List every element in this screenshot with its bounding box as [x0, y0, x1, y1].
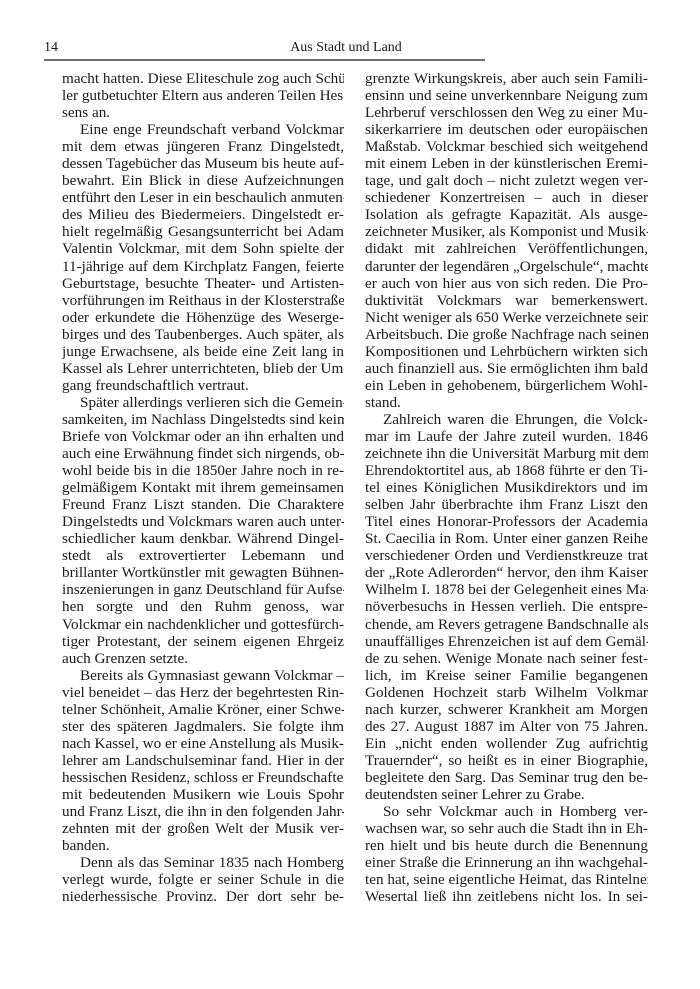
- text-line: grenzte Wirkungskreis, aber auch sein Fa…: [365, 70, 648, 87]
- text-line: deutendsten seiner Lehrer zu Grabe.: [365, 786, 648, 803]
- text-line: Maßstab. Volckmar beschied sich weitgehe…: [365, 138, 648, 155]
- text-line: Geburtstage, besuchte Theater- und Artis…: [62, 275, 344, 292]
- text-line: zeichneter Musiker, als Komponist und Mu…: [365, 223, 648, 240]
- text-line: Goldenen Hochzeit starb Wilhelm Volkmar: [365, 684, 648, 701]
- text-line: Titel eines Honorar-Professors der Acade…: [365, 513, 648, 530]
- text-line: Trauernder“, so heißt es in einer Biogra…: [365, 752, 648, 769]
- text-line: lich, im Kreise seiner Familie begangene…: [365, 667, 648, 684]
- text-line: schiedlicher kaum denkbar. Während Dinge…: [62, 530, 344, 547]
- text-line: inszenierungen in ganz Deutschland für A…: [62, 581, 344, 598]
- text-line: didakt mit zahlreichen Veröffentlichunge…: [365, 240, 648, 257]
- text-line: hessischen Residenz, schloss er Freundsc…: [62, 769, 344, 786]
- text-line: verlegt wurde, folgte er seiner Schule i…: [62, 871, 344, 888]
- text-line: tiger Protestant, der seinem eigenen Ehr…: [62, 633, 344, 650]
- text-line: macht hatten. Diese Eliteschule zog auch…: [62, 70, 344, 87]
- text-line: darunter der legendären „Orgelschule“, m…: [365, 258, 648, 275]
- text-line: wachsen war, so sehr auch die Stadt ihn …: [365, 820, 648, 837]
- text-line: dessen Tagebücher das Museum bis heute a…: [62, 155, 344, 172]
- text-line: Lehrberuf verschlossen den Weg zu einer …: [365, 104, 648, 121]
- text-line: sens an.: [62, 104, 344, 121]
- text-line: Wesertal ließ ihn zeitlebens nicht los. …: [365, 888, 648, 905]
- text-line: ler gutbetuchter Eltern aus anderen Teil…: [62, 87, 344, 104]
- text-line: und Franz Liszt, die ihn in den folgende…: [62, 803, 344, 820]
- text-line: duktivität Volckmars war bemerkenswert.: [365, 292, 648, 309]
- text-line: Nicht weniger als 650 Werke verzeichnete…: [365, 309, 648, 326]
- text-line: lehrer am Landschulseminar fand. Hier in…: [62, 752, 344, 769]
- text-line: viel beneidet – das Herz der begehrteste…: [62, 684, 344, 701]
- text-line: Dingelstedts und Volckmars waren auch un…: [62, 513, 344, 530]
- text-line: Freund Franz Liszt standen. Die Charakte…: [62, 496, 344, 513]
- text-line: niederhessische Provinz. Der dort sehr b…: [62, 888, 344, 905]
- left-column: macht hatten. Diese Eliteschule zog auch…: [62, 70, 344, 905]
- text-line: mar im Laufe der Jahre zuteil wurden. 18…: [365, 428, 648, 445]
- text-line: birges und des Taubenberges. Auch später…: [62, 326, 344, 343]
- text-line: er auch von hier aus von sich reden. Die…: [365, 275, 648, 292]
- text-line: ren hielt und bis heute durch die Benenn…: [365, 837, 648, 854]
- text-line: hen sorgte und den Ruhm genoss, war: [62, 598, 344, 615]
- text-line: begleitete den Sarg. Das Seminar trug de…: [365, 769, 648, 786]
- text-line: ein Leben in gehobenem, bürgerlichem Woh…: [365, 377, 648, 394]
- text-line: mit dem etwas jüngeren Franz Dingelstedt…: [62, 138, 344, 155]
- text-line: des 27. August 1887 im Alter von 75 Jahr…: [365, 718, 648, 735]
- text-line: brillanter Wortkünstler mit gewagten Büh…: [62, 564, 344, 581]
- text-line: telner Schönheit, Amalie Kröner, einer S…: [62, 701, 344, 718]
- text-line: nach kurzer, schwerer Krankheit am Morge…: [365, 701, 648, 718]
- text-line: auch Grenzen setzte.: [62, 650, 344, 667]
- text-line: nach Kassel, wo er eine Anstellung als M…: [62, 735, 344, 752]
- text-line: Denn als das Seminar 1835 nach Homberg: [62, 854, 344, 871]
- text-line: Eine enge Freundschaft verband Volckmar: [62, 121, 344, 138]
- text-line: stand.: [365, 394, 648, 411]
- text-line: Briefe von Volckmar oder an ihn erhalten…: [62, 428, 344, 445]
- text-line: einer Straße die Erinnerung an ihn wachg…: [365, 854, 648, 871]
- text-line: Kompositionen und Lehrbüchern wirkten si…: [365, 343, 648, 360]
- text-line: bewahrt. Ein Blick in diese Aufzeichnung…: [62, 172, 344, 189]
- text-line: verschiedener Orden und Verdienstkreuze …: [365, 547, 648, 564]
- text-line: ster des späteren Jagdmalers. Sie folgte…: [62, 718, 344, 735]
- text-line: növerbesuchs in Hessen verlieh. Die ents…: [365, 598, 648, 615]
- text-line: ensinn und seine unverkennbare Neigung z…: [365, 87, 648, 104]
- text-line: Später allerdings verlieren sich die Gem…: [62, 394, 344, 411]
- text-line: 11-jährige auf dem Kirchplatz Fangen, fe…: [62, 258, 344, 275]
- text-line: junge Erwachsene, als beide eine Zeit la…: [62, 343, 344, 360]
- text-line: Ein „nicht enden wollender Zug aufrichti…: [365, 735, 648, 752]
- text-line: zehnten mit der großen Welt der Musik ve…: [62, 820, 344, 837]
- header-rule: [44, 59, 485, 61]
- text-line: ten hat, seine eigentliche Heimat, das R…: [365, 871, 648, 888]
- text-line: auch finanziell aus. Sie ermöglichten ih…: [365, 360, 648, 377]
- text-line: hielt regelmäßig Gesangsunterricht bei A…: [62, 223, 344, 240]
- text-line: de zu sehen. Wenige Monate nach seiner f…: [365, 650, 648, 667]
- text-line: tel eines Königlichen Musikdirektors und…: [365, 479, 648, 496]
- text-line: schiedener Konzertreisen – auch in diese…: [365, 189, 648, 206]
- text-line: banden.: [62, 837, 344, 854]
- text-line: auch eine Erwähnung findet sich nirgends…: [62, 445, 344, 462]
- text-line: gang freundschaftlich vertraut.: [62, 377, 344, 394]
- text-line: Zahlreich waren die Ehrungen, die Volck-: [365, 411, 648, 428]
- text-line: stedt als extrovertierter Lebemann und: [62, 547, 344, 564]
- text-line: der „Rote Adlerorden“ hervor, den ihm Ka…: [365, 564, 648, 581]
- text-line: selben Jahr überbrachte ihm Franz Liszt …: [365, 496, 648, 513]
- text-line: Kassel als Lehrer unterrichteten, blieb …: [62, 360, 344, 377]
- text-line: gelmäßigem Kontakt mit ihrem gemeinsamen: [62, 479, 344, 496]
- text-line: wohl beide bis in die 1850er Jahre noch …: [62, 462, 344, 479]
- text-line: tage, und galt doch – nicht zuletzt wege…: [365, 172, 648, 189]
- right-column: grenzte Wirkungskreis, aber auch sein Fa…: [365, 70, 648, 905]
- text-line: Arbeitsbuch. Die große Nachfrage nach se…: [365, 326, 648, 343]
- text-line: zeichnete ihn die Universität Marburg mi…: [365, 445, 648, 462]
- text-line: Volckmar ein nachdenklicher und gottesfü…: [62, 616, 344, 633]
- text-line: Isolation als gefragte Kapazität. Als au…: [365, 206, 648, 223]
- page-header: 14 Aus Stadt und Land: [44, 38, 648, 60]
- text-line: vorführungen im Reithaus in der Klosters…: [62, 292, 344, 309]
- text-line: oder erkundete die Höhenzüge des Wesergе…: [62, 309, 344, 326]
- text-line: mit einem Leben in der künstlerischen Er…: [365, 155, 648, 172]
- text-line: So sehr Volckmar auch in Homberg ver-: [365, 803, 648, 820]
- running-title: Aus Stadt und Land: [44, 40, 648, 56]
- text-line: des Milieu des Biedermeiers. Dingelstedt…: [62, 206, 344, 223]
- text-line: Bereits als Gymnasiast gewann Volckmar –: [62, 667, 344, 684]
- text-line: mit bedeutenden Musikern wie Louis Spohr: [62, 786, 344, 803]
- text-line: St. Caecilia in Rom. Unter einer ganzen …: [365, 530, 648, 547]
- text-line: Wilhelm I. 1878 bei der Gelegenheit eine…: [365, 581, 648, 598]
- text-line: samkeiten, im Nachlass Dingelstedts sind…: [62, 411, 344, 428]
- text-line: chende, am Revers getragene Bandschnalle…: [365, 616, 648, 633]
- text-line: unauffälliges Ehrenzeichen ist auf dem G…: [365, 633, 648, 650]
- text-line: Valentin Volckmar, mit dem Sohn spielte …: [62, 240, 344, 257]
- text-line: entführt den Leser in ein beschaulich an…: [62, 189, 344, 206]
- text-line: sikerkarriere im deutschen oder europäis…: [365, 121, 648, 138]
- text-line: Ehrendoktortitel aus, ab 1868 führte er …: [365, 462, 648, 479]
